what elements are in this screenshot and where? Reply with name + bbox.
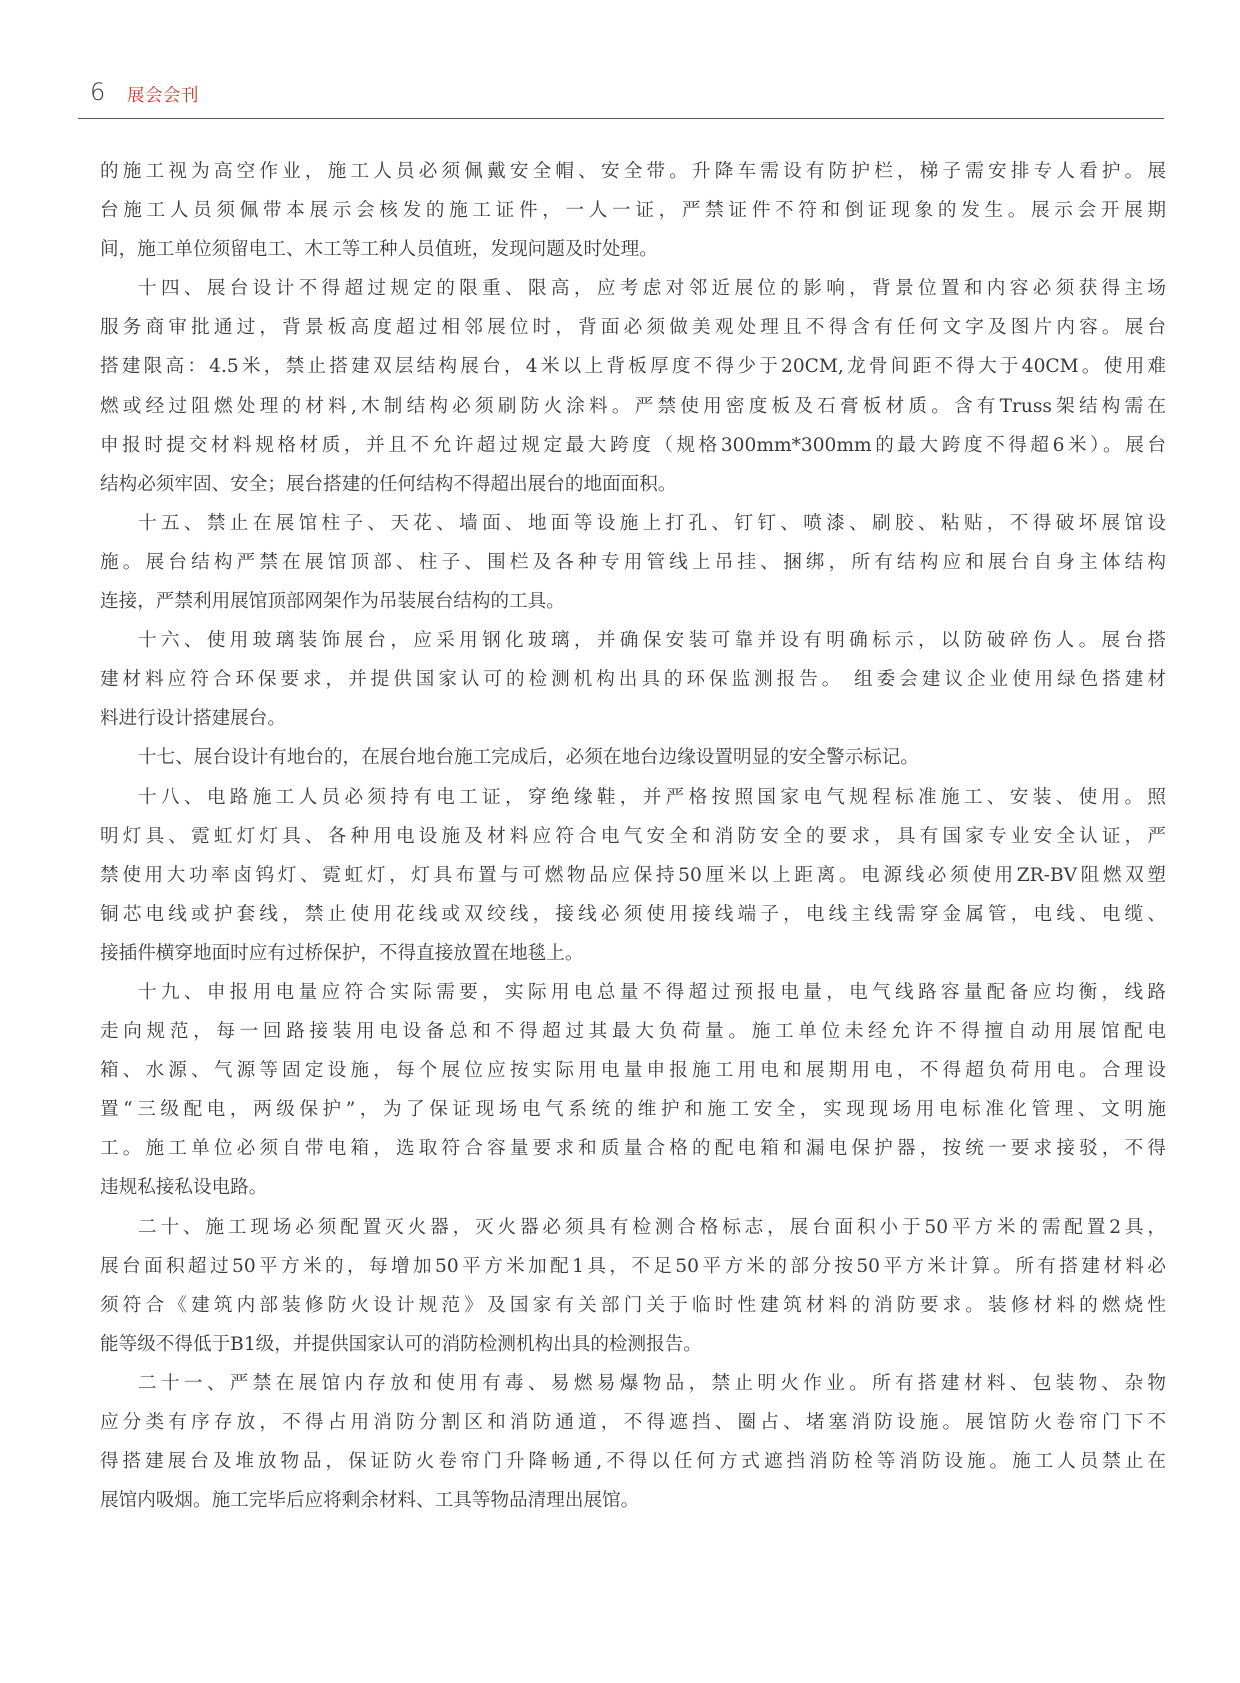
text-line: 燃或经过阻燃处理的材料,木制结构必须刷防火涂料。严禁使用密度板及石膏板材质。含有…	[100, 387, 1166, 426]
body-text: 的施工视为高空作业，施工人员必须佩戴安全帽、安全带。升降车需设有防护栏，梯子需安…	[100, 152, 1166, 1520]
text-line: 得搭建展台及堆放物品，保证防火卷帘门升降畅通,不得以任何方式遮挡消防栓等消防设施…	[100, 1442, 1166, 1481]
text-line: 禁使用大功率卤钨灯、霓虹灯，灯具布置与可燃物品应保持50厘米以上距离。电源线必须…	[100, 856, 1166, 895]
text-line: 十六、使用玻璃装饰展台，应采用钢化玻璃，并确保安装可靠并设有明确标示，以防破碎伤…	[100, 621, 1166, 660]
text-line: 须符合《建筑内部装修防火设计规范》及国家有关部门关于临时性建筑材料的消防要求。装…	[100, 1286, 1166, 1325]
text-line: 铜芯电线或护套线，禁止使用花线或双绞线，接线必须使用接线端子，电线主线需穿金属管…	[100, 895, 1166, 934]
text-line: 十七、展台设计有地台的，在展台地台施工完成后，必须在地台边缘设置明显的安全警示标…	[100, 738, 1166, 777]
text-line: 料进行设计搭建展台。	[100, 699, 1166, 738]
text-line: 工。施工单位必须自带电箱，选取符合容量要求和质量合格的配电箱和漏电保护器，按统一…	[100, 1129, 1166, 1168]
page-header: 6 展会会刊	[78, 76, 1164, 119]
text-line: 服务商审批通过，背景板高度超过相邻展位时，背面必须做美观处理且不得含有任何文字及…	[100, 308, 1166, 347]
text-line: 台施工人员须佩带本展示会核发的施工证件，一人一证，严禁证件不符和倒证现象的发生。…	[100, 191, 1166, 230]
text-line: 二十、施工现场必须配置灭火器，灭火器必须具有检测合格标志，展台面积小于50平方米…	[100, 1208, 1166, 1247]
text-line: 十九、申报用电量应符合实际需要，实际用电总量不得超过预报电量，电气线路容量配备应…	[100, 973, 1166, 1012]
text-line: 应分类有序存放，不得占用消防分割区和消防通道，不得遮挡、圈占、堵塞消防设施。展馆…	[100, 1403, 1166, 1442]
text-line: 能等级不得低于B1级，并提供国家认可的消防检测机构出具的检测报告。	[100, 1325, 1166, 1364]
paragraph-18: 十八、电路施工人员必须持有电工证，穿绝缘鞋，并严格按照国家电气规程标准施工、安装…	[100, 778, 1166, 973]
text-line: 间，施工单位须留电工、木工等工种人员值班，发现问题及时处理。	[100, 230, 1166, 269]
text-line: 连接，严禁利用展馆顶部网架作为吊装展台结构的工具。	[100, 582, 1166, 621]
section-title: 展会会刊	[127, 82, 199, 107]
text-line: 十八、电路施工人员必须持有电工证，穿绝缘鞋，并严格按照国家电气规程标准施工、安装…	[100, 778, 1166, 817]
text-line: 的施工视为高空作业，施工人员必须佩戴安全帽、安全带。升降车需设有防护栏，梯子需安…	[100, 152, 1166, 191]
text-line: 接插件横穿地面时应有过桥保护，不得直接放置在地毯上。	[100, 934, 1166, 973]
text-line: 结构必须牢固、安全；展台搭建的任何结构不得超出展台的地面面积。	[100, 465, 1166, 504]
text-line: 施。展台结构严禁在展馆顶部、柱子、围栏及各种专用管线上吊挂、捆绑，所有结构应和展…	[100, 543, 1166, 582]
text-line: 明灯具、霓虹灯灯具、各种用电设施及材料应符合电气安全和消防安全的要求，具有国家专…	[100, 817, 1166, 856]
text-line: 违规私接私设电路。	[100, 1168, 1166, 1207]
text-line: 十五、禁止在展馆柱子、天花、墙面、地面等设施上打孔、钉钉、喷漆、刷胶、粘贴，不得…	[100, 504, 1166, 543]
text-line: 建材料应符合环保要求，并提供国家认可的检测机构出具的环保监测报告。 组委会建议企…	[100, 660, 1166, 699]
text-line: 走向规范，每一回路接装用电设备总和不得超过其最大负荷量。施工单位未经允许不得擅自…	[100, 1012, 1166, 1051]
paragraph-19: 十九、申报用电量应符合实际需要，实际用电总量不得超过预报电量，电气线路容量配备应…	[100, 973, 1166, 1208]
paragraph-14: 十四、展台设计不得超过规定的限重、限高，应考虑对邻近展位的影响，背景位置和内容必…	[100, 269, 1166, 504]
paragraph-15: 十五、禁止在展馆柱子、天花、墙面、地面等设施上打孔、钉钉、喷漆、刷胶、粘贴，不得…	[100, 504, 1166, 621]
text-line: 箱、水源、气源等固定设施，每个展位应按实际用电量申报施工用电和展期用电，不得超负…	[100, 1051, 1166, 1090]
paragraph-16: 十六、使用玻璃装饰展台，应采用钢化玻璃，并确保安装可靠并设有明确标示，以防破碎伤…	[100, 621, 1166, 738]
text-line: 搭建限高：4.5米，禁止搭建双层结构展台，4米以上背板厚度不得少于20CM,龙骨…	[100, 347, 1166, 386]
text-line: 十四、展台设计不得超过规定的限重、限高，应考虑对邻近展位的影响，背景位置和内容必…	[100, 269, 1166, 308]
paragraph-17: 十七、展台设计有地台的，在展台地台施工完成后，必须在地台边缘设置明显的安全警示标…	[100, 738, 1166, 777]
text-line: 展台面积超过50平方米的，每增加50平方米加配1具，不足50平方米的部分按50平…	[100, 1247, 1166, 1286]
paragraph-20: 二十、施工现场必须配置灭火器，灭火器必须具有检测合格标志，展台面积小于50平方米…	[100, 1208, 1166, 1364]
text-line: 展馆内吸烟。施工完毕后应将剩余材料、工具等物品清理出展馆。	[100, 1481, 1166, 1520]
paragraph-21: 二十一、严禁在展馆内存放和使用有毒、易燃易爆物品，禁止明火作业。所有搭建材料、包…	[100, 1364, 1166, 1520]
paragraph-13-continuation: 的施工视为高空作业，施工人员必须佩戴安全帽、安全带。升降车需设有防护栏，梯子需安…	[100, 152, 1166, 269]
text-line: 置“三级配电，两级保护”，为了保证现场电气系统的维护和施工安全，实现现场用电标准…	[100, 1090, 1166, 1129]
text-line: 二十一、严禁在展馆内存放和使用有毒、易燃易爆物品，禁止明火作业。所有搭建材料、包…	[100, 1364, 1166, 1403]
text-line: 申报时提交材料规格材质，并且不允许超过规定最大跨度（规格300mm*300mm的…	[100, 426, 1166, 465]
page-number: 6	[90, 78, 105, 106]
